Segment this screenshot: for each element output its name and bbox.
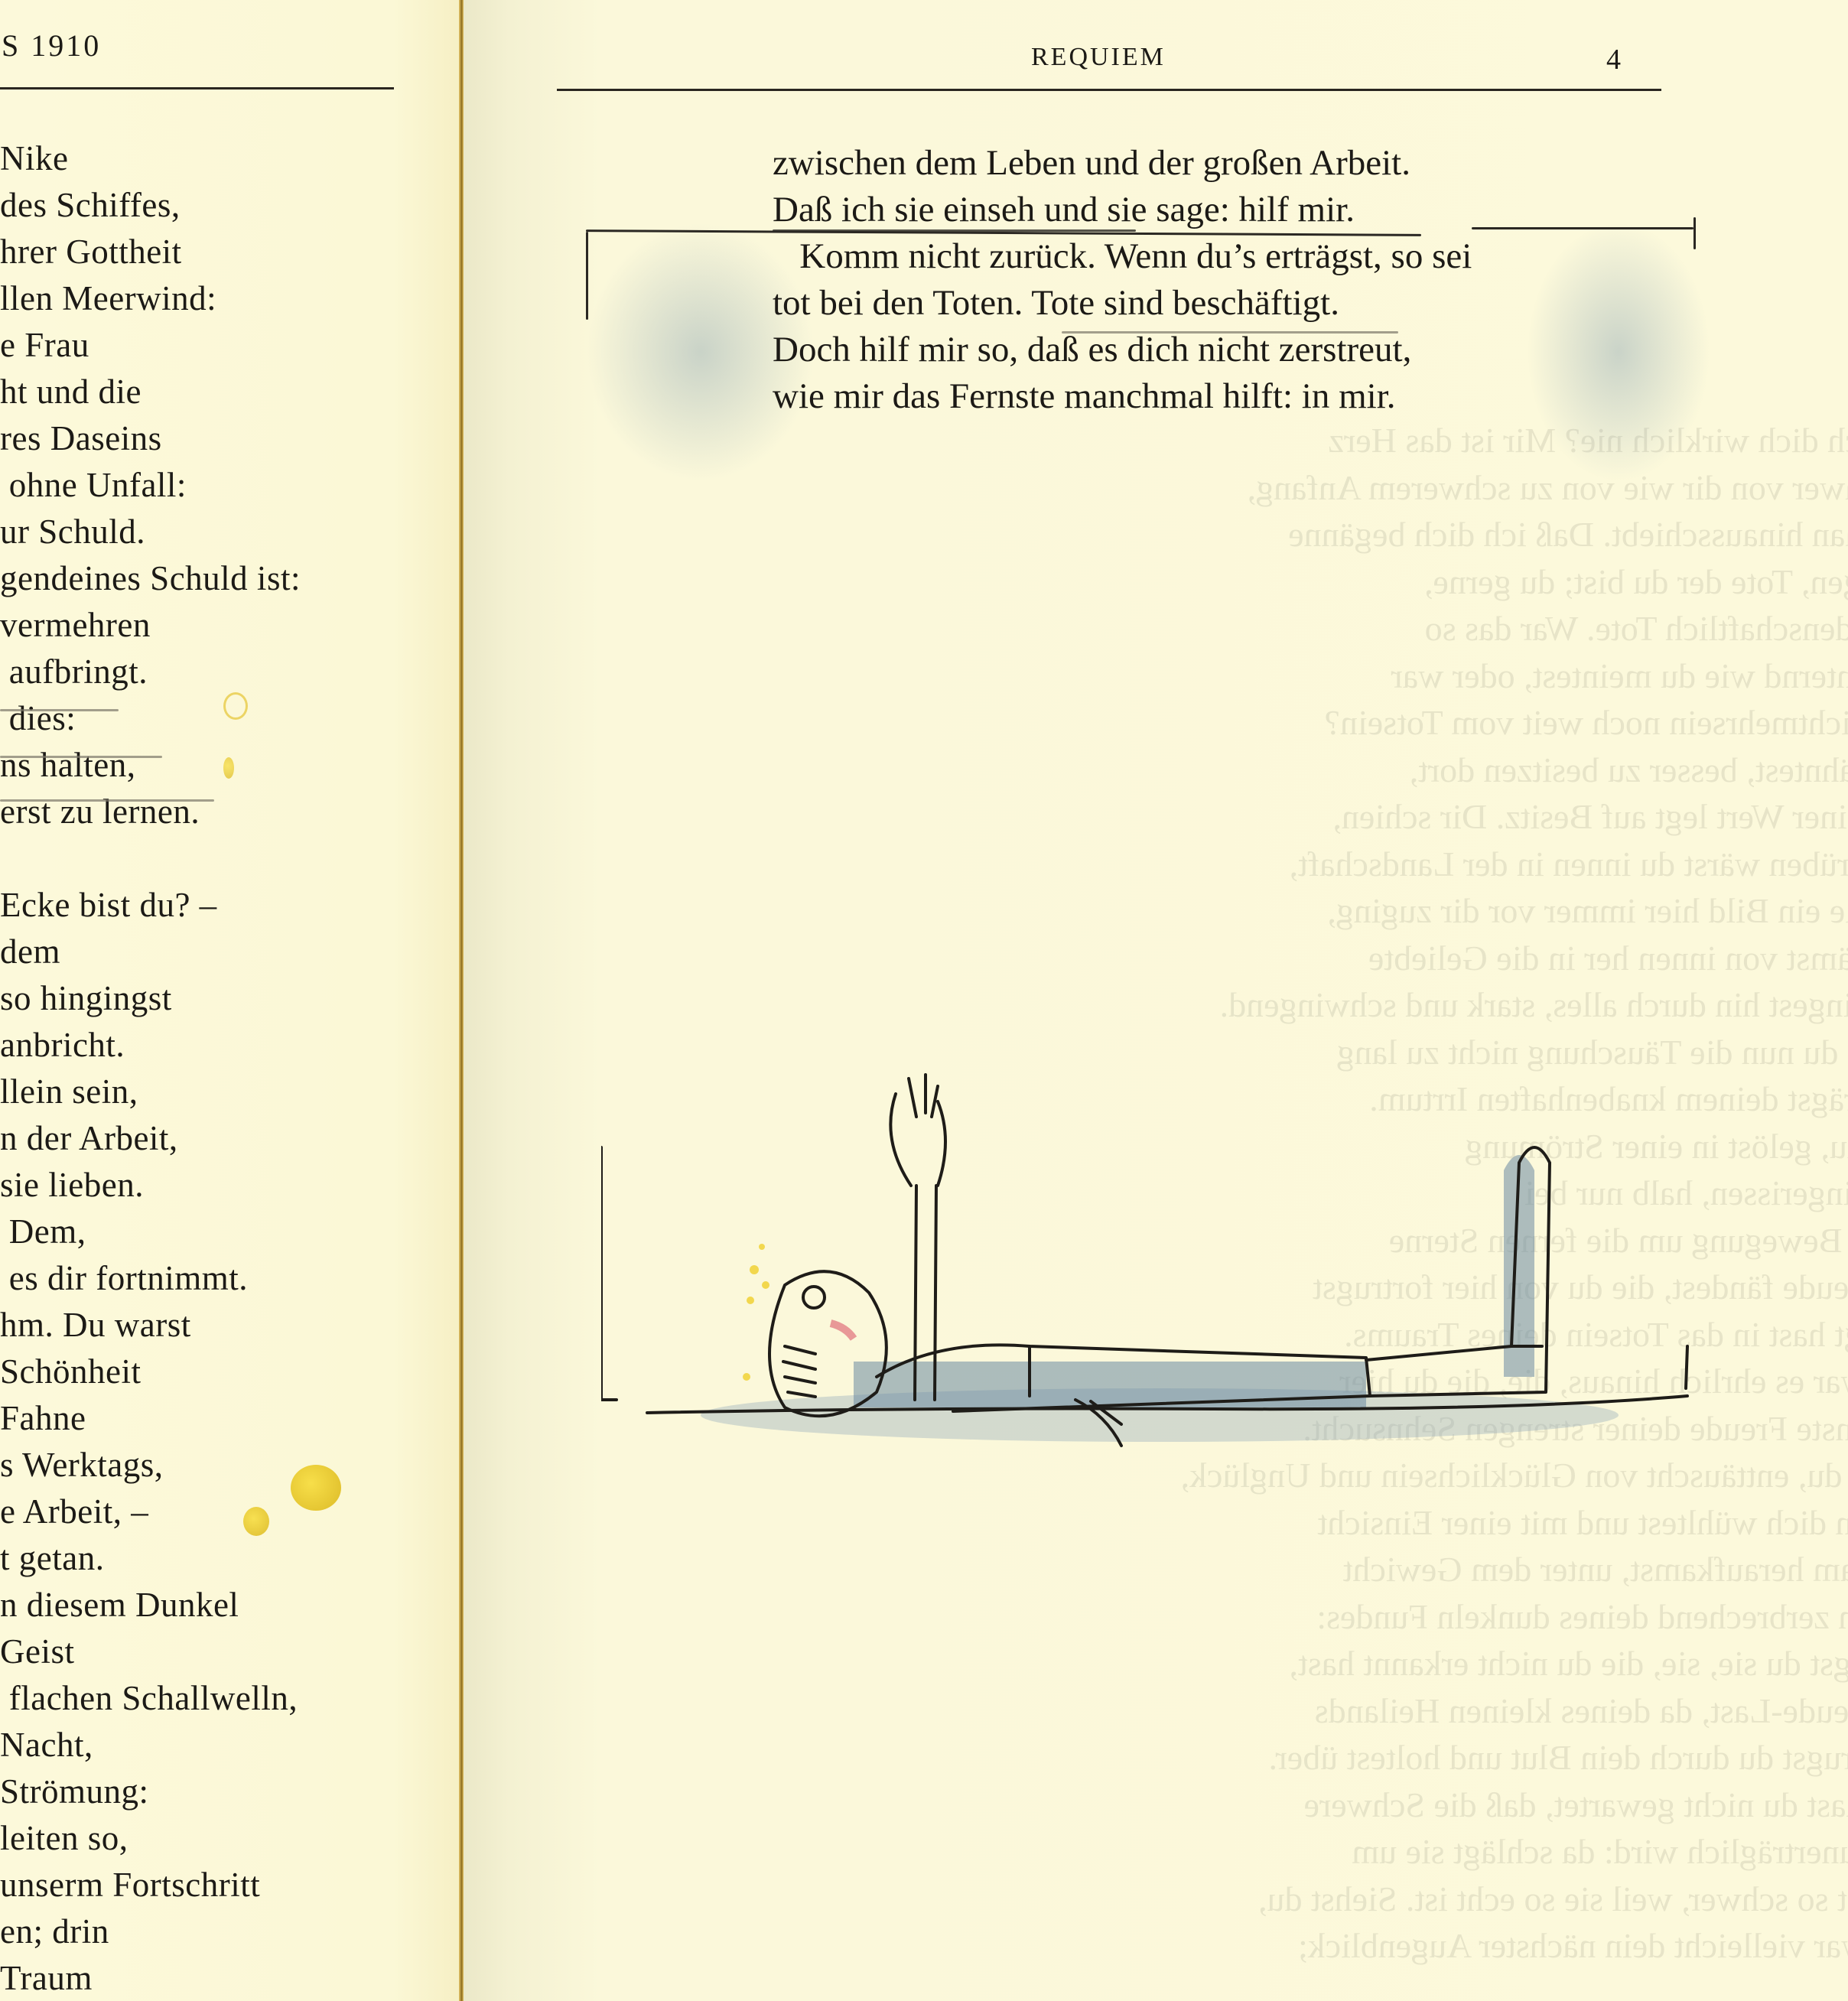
verse-line: Ecke bist du? – — [0, 882, 301, 929]
pencil-underline — [1062, 331, 1398, 333]
left-running-head: S 1910 — [2, 28, 101, 63]
bleed-through-line: Last trugst du durch dein Blut und holte… — [632, 1734, 1848, 1781]
pencil-underline — [0, 709, 119, 711]
right-verse-block: zwischen dem Leben und der großen Arbeit… — [773, 140, 1472, 420]
ink-underline — [773, 229, 1136, 232]
bleed-through-line: wo keiner Wert legt auf Besitz. Dir schi… — [632, 793, 1848, 841]
verse-line: ht und die — [0, 369, 301, 415]
yellow-paint-stain — [223, 692, 248, 720]
verse-line: res Daseins — [0, 415, 301, 462]
yellow-sparkles-icon — [743, 1244, 769, 1381]
verse-line: t getan. — [0, 1535, 301, 1582]
watercolor-wash — [1527, 222, 1710, 482]
verse-line: Strömung: — [0, 1768, 301, 1815]
bleed-through-line: die wie ein Bild hier immer vor dir zugi… — [632, 887, 1848, 935]
verse-line: zwischen dem Leben und der großen Arbeit… — [773, 140, 1472, 187]
verse-line: aufbringt. — [0, 649, 301, 695]
pencil-underline — [0, 799, 214, 802]
bleed-through-line: und kämst von innen her in die Geliebte — [632, 935, 1848, 982]
verse-line: hm. Du warst — [0, 1302, 301, 1349]
verse-line: des Schiffes, — [0, 182, 301, 229]
bleed-through-line: mühsam heraufkamst, unter dem Gewicht — [632, 1546, 1848, 1593]
verse-line: Schönheit — [0, 1349, 301, 1395]
verse-line: vermehren — [0, 602, 301, 649]
verse-line: unserm Fortschritt — [0, 1862, 301, 1908]
verse-line: so hingingst — [0, 975, 301, 1022]
verse-line: wie mir das Fernste manchmal hilft: in m… — [773, 373, 1472, 420]
verse-line — [0, 835, 301, 882]
verse-line: Nacht, — [0, 1722, 301, 1768]
watercolor-shadow-icon — [701, 1155, 1619, 1442]
verse-line: n diesem Dunkel — [0, 1582, 301, 1628]
verse-line: Geist — [0, 1628, 301, 1675]
right-page: Sah ich dich wirklich nie? Mir ist das H… — [464, 0, 1848, 2001]
verse-line: gendeines Schuld ist: — [0, 555, 301, 602]
lying-figure-drawing — [601, 1056, 1710, 1453]
drawn-box-left-edge — [586, 232, 588, 320]
verse-line: s Werktags, — [0, 1442, 301, 1489]
verse-line: leiten so, — [0, 1815, 301, 1862]
verse-line: n der Arbeit, — [0, 1115, 301, 1162]
verse-line: Daß ich sie einseh und sie sage: hilf mi… — [773, 187, 1472, 233]
verse-line: llein sein, — [0, 1069, 301, 1115]
verse-line: Nike — [0, 135, 301, 182]
page-number: 4 — [1606, 43, 1621, 76]
verse-line: ohne Unfall: — [0, 462, 301, 509]
bleed-through-line: so schwer von dir wie von zu schwerem An… — [632, 464, 1848, 512]
bleed-through-line: und gingest hin durch alles, stark und s… — [632, 981, 1848, 1029]
yellow-paint-stain — [223, 757, 234, 779]
bleed-through-line: das Nichtmehrsein noch weit vom Totsein? — [632, 699, 1848, 747]
bleed-through-line: dich in dich wühltest und mit einer Eins… — [632, 1499, 1848, 1547]
bleed-through-line: die Freude-Last, da deines kleinen Heila… — [632, 1687, 1848, 1735]
bleed-through-line: dort drüben wärst du innen in der Landsc… — [632, 841, 1848, 888]
bleed-through-line: erleichternd wie du meintest, oder war — [632, 652, 1848, 700]
bleed-through-line: beinah zerbrechend deines dunkeln Fundes… — [632, 1593, 1848, 1641]
verse-line: llen Meerwind: — [0, 275, 301, 322]
verse-line: sie lieben. — [0, 1162, 301, 1209]
bleed-through-line: Wenn du, enttäuscht von Glücklichsein un… — [632, 1452, 1848, 1499]
bleed-through-line: ganz unerträglich wird: da schlägt sie u… — [632, 1828, 1848, 1876]
right-running-head: REQUIEM — [1031, 43, 1166, 72]
bleed-through-line: Du wähntest, besser zu besitzen dort, — [632, 747, 1848, 794]
drawn-box-right-edge — [1693, 217, 1696, 249]
left-page: S 1910 Nikedes Schiffes,hrer Gottheitlle… — [0, 0, 462, 2001]
bleed-through-line: da trugst du sie, sie, die du nicht erka… — [632, 1640, 1848, 1687]
left-verse-block: Nikedes Schiffes,hrer Gottheitllen Meerw… — [0, 135, 301, 2001]
bleed-through-line: dies war vielleicht dein nächster Augenb… — [632, 1922, 1848, 1970]
cheek-blush-icon — [831, 1323, 854, 1339]
verse-line: Komm nicht zurück. Wenn du’s erträgst, s… — [773, 233, 1472, 280]
verse-line: ur Schuld. — [0, 509, 301, 555]
right-header-rule — [557, 89, 1661, 91]
verse-line: flachen Schallwelln, — [0, 1675, 301, 1722]
verse-line: es dir fortnimmt. — [0, 1255, 301, 1302]
verse-line: erst zu lernen. — [0, 789, 301, 835]
verse-line: dem — [0, 929, 301, 975]
verse-line: e Frau — [0, 322, 301, 369]
bleed-through-line: zu sagen, Tote der du bist; du gerne, — [632, 558, 1848, 606]
verse-line: tot bei den Toten. Tote sind beschäftigt… — [773, 280, 1472, 327]
yellow-paint-stain — [243, 1507, 269, 1536]
verse-line: Traum — [0, 1955, 301, 2001]
verse-line: Fahne — [0, 1395, 301, 1442]
verse-line: hrer Gottheit — [0, 229, 301, 275]
verse-line: Doch hilf mir so, daß es dich nicht zers… — [773, 327, 1472, 373]
pencil-underline — [0, 756, 162, 758]
bleed-through-line: du leidenschaftlich Tote. War das so — [632, 605, 1848, 652]
verse-line: ns halten, — [0, 742, 301, 789]
bleed-through-line: und ist so schwer, weil sie so echt ist.… — [632, 1876, 1848, 1923]
yellow-paint-stain — [291, 1465, 341, 1511]
verse-line: dies: — [0, 695, 301, 742]
drawn-box-top-right — [1472, 227, 1693, 229]
verse-line: en; drin — [0, 1908, 301, 1955]
verse-line: anbricht. — [0, 1022, 301, 1069]
bleed-through-line: den man hinausschiebt. Daß ich dich begä… — [632, 511, 1848, 558]
bleed-through-line: Was hast du nicht gewartet, daß die Schw… — [632, 1781, 1848, 1829]
left-header-rule — [0, 87, 394, 89]
verse-line: Dem, — [0, 1209, 301, 1255]
